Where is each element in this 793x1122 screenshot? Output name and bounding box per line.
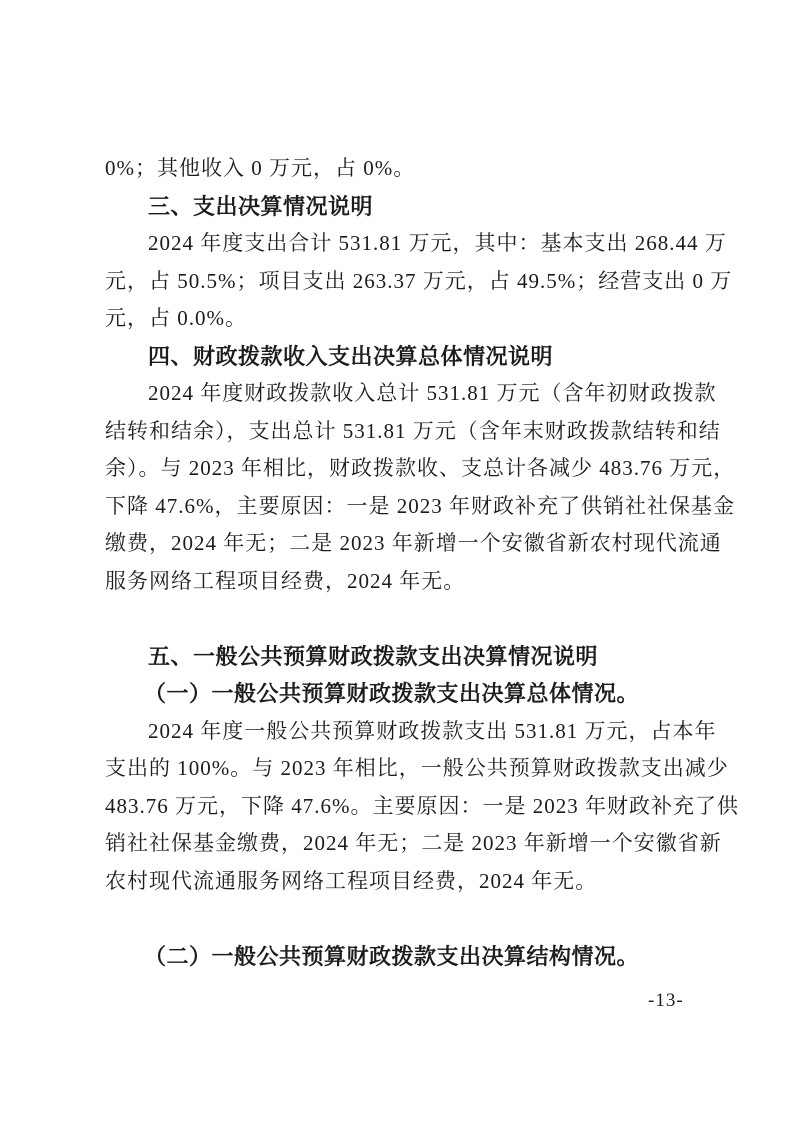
body-line: 元，占 50.5%；项目支出 263.37 万元，占 49.5%；经营支出 0 …	[105, 263, 697, 301]
body-line: 2024 年度一般公共预算财政拨款支出 531.81 万元，占本年	[105, 713, 697, 751]
body-line: 缴费，2024 年无；二是 2023 年新增一个安徽省新农村现代流通	[105, 525, 697, 563]
body-line: 2024 年度支出合计 531.81 万元，其中：基本支出 268.44 万	[105, 225, 697, 263]
blank-line	[105, 600, 697, 638]
subsection-heading-1: （一）一般公共预算财政拨款支出决算总体情况。	[105, 675, 697, 713]
blank-line	[105, 900, 697, 938]
document-body: 0%；其他收入 0 万元，占 0%。 三、支出决算情况说明 2024 年度支出合…	[105, 150, 697, 975]
body-line: 0%；其他收入 0 万元，占 0%。	[105, 150, 697, 188]
body-line: 2024 年度财政拨款收入总计 531.81 万元（含年初财政拨款	[105, 375, 697, 413]
body-line: 结转和结余），支出总计 531.81 万元（含年末财政拨款结转和结	[105, 413, 697, 451]
body-line: 支出的 100%。与 2023 年相比，一般公共预算财政拨款支出减少	[105, 750, 697, 788]
section-heading-4: 四、财政拨款收入支出决算总体情况说明	[105, 338, 697, 376]
body-line: 农村现代流通服务网络工程项目经费，2024 年无。	[105, 863, 697, 901]
page-number: -13-	[648, 990, 684, 1012]
body-line: 销社社保基金缴费，2024 年无；二是 2023 年新增一个安徽省新	[105, 825, 697, 863]
document-page: 0%；其他收入 0 万元，占 0%。 三、支出决算情况说明 2024 年度支出合…	[0, 0, 793, 1122]
section-heading-3: 三、支出决算情况说明	[105, 188, 697, 226]
body-line: 余）。与 2023 年相比，财政拨款收、支总计各减少 483.76 万元，	[105, 450, 697, 488]
body-line: 483.76 万元，下降 47.6%。主要原因：一是 2023 年财政补充了供	[105, 788, 697, 826]
body-line: 下降 47.6%，主要原因：一是 2023 年财政补充了供销社社保基金	[105, 488, 697, 526]
body-line: 服务网络工程项目经费，2024 年无。	[105, 563, 697, 601]
body-line: 元，占 0.0%。	[105, 300, 697, 338]
section-heading-5: 五、一般公共预算财政拨款支出决算情况说明	[105, 638, 697, 676]
subsection-heading-2: （二）一般公共预算财政拨款支出决算结构情况。	[105, 938, 697, 976]
